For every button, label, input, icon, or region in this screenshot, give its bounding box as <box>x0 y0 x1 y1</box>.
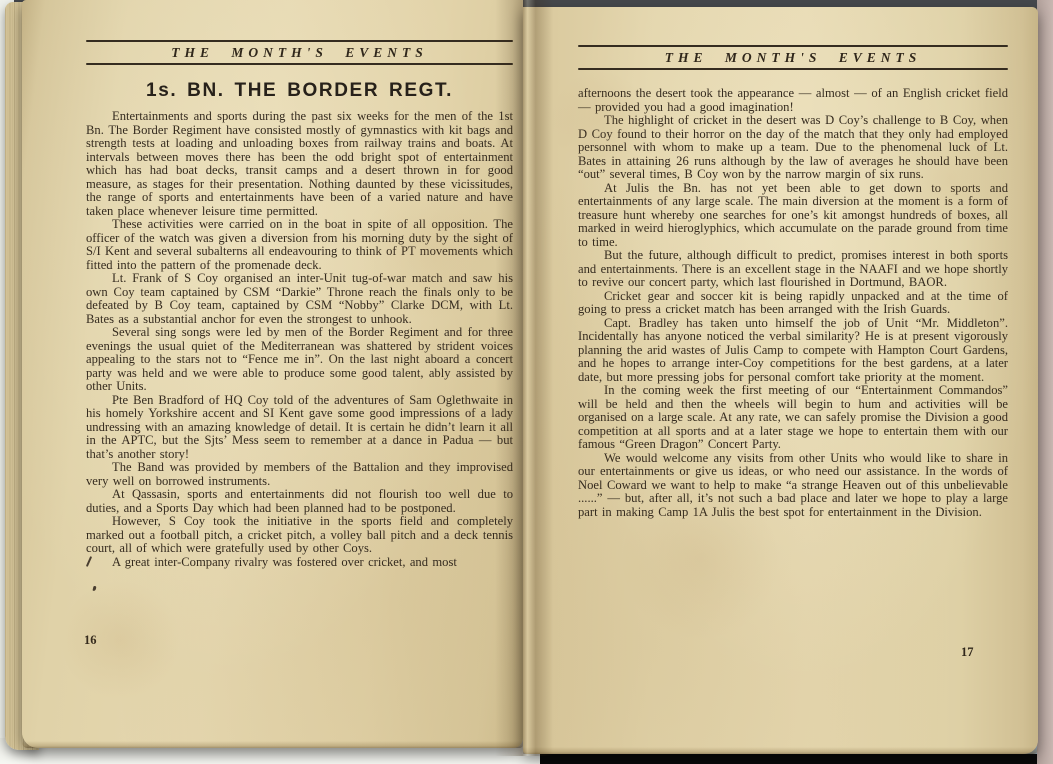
page-number-right: 17 <box>961 645 974 660</box>
paragraph: At Julis the Bn. has not yet been able t… <box>578 182 1008 250</box>
header-rule-bottom <box>86 63 513 65</box>
paragraph: These activities were carried on in the … <box>86 218 513 272</box>
paragraph: In the coming week the first meeting of … <box>578 384 1008 452</box>
scanner-bed-right-edge <box>1037 0 1053 764</box>
paragraph: At Qassasin, sports and entertainments d… <box>86 488 513 515</box>
page-number-left: 16 <box>84 633 97 648</box>
right-page-body: afternoons the desert took the appearanc… <box>578 87 1008 519</box>
header-rule-bottom <box>578 68 1008 70</box>
paragraph: However, S Coy took the initiative in th… <box>86 515 513 556</box>
scanned-book-spread: THE MONTH'S EVENTS 1s. BN. THE BORDER RE… <box>0 0 1053 764</box>
paragraph: A great inter-Company rivalry was foster… <box>86 556 513 570</box>
running-header-right: THE MONTH'S EVENTS <box>578 45 1008 70</box>
running-header-title: THE MONTH'S EVENTS <box>86 42 513 63</box>
paragraph: afternoons the desert took the appearanc… <box>578 87 1008 114</box>
paragraph: Several sing songs were led by men of th… <box>86 326 513 394</box>
left-page-body: Entertainments and sports during the pas… <box>86 110 513 569</box>
paragraph: Entertainments and sports during the pas… <box>86 110 513 218</box>
running-header-title: THE MONTH'S EVENTS <box>578 47 1008 68</box>
paragraph: Cricket gear and soccer kit is being rap… <box>578 290 1008 317</box>
right-page: THE MONTH'S EVENTS afternoons the desert… <box>523 7 1038 754</box>
left-page: THE MONTH'S EVENTS 1s. BN. THE BORDER RE… <box>22 0 523 748</box>
running-header-left: THE MONTH'S EVENTS <box>86 40 513 65</box>
paragraph: Capt. Bradley has taken unto himself the… <box>578 317 1008 385</box>
scanner-bed-bottom-shadow <box>540 754 1053 764</box>
paragraph: The highlight of cricket in the desert w… <box>578 114 1008 182</box>
paragraph: Pte Ben Bradford of HQ Coy told of the a… <box>86 394 513 462</box>
article-title: 1s. BN. THE BORDER REGT. <box>86 80 513 102</box>
paragraph: We would welcome any visits from other U… <box>578 452 1008 520</box>
paragraph: Lt. Frank of S Coy organised an inter-Un… <box>86 272 513 326</box>
paragraph: But the future, although difficult to pr… <box>578 249 1008 290</box>
paragraph: The Band was provided by members of the … <box>86 461 513 488</box>
